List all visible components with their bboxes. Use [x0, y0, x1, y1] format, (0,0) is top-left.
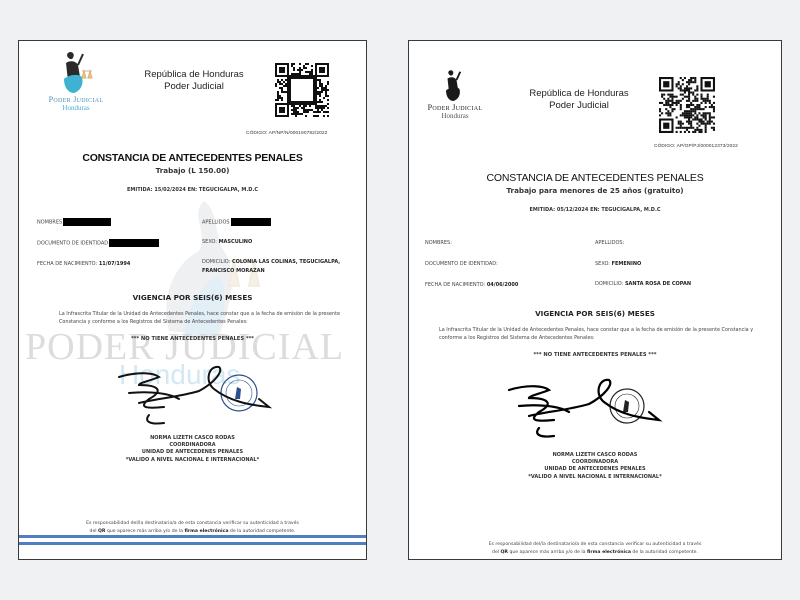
- disclaimer-text: que aparece más arriba y/o de la: [105, 529, 184, 534]
- sexo-label: SEXO:: [595, 261, 610, 267]
- document-subtitle: Trabajo para menores de 25 años (gratuit…: [409, 186, 781, 195]
- disclaimer-text: que aparece más arriba y/o de la: [508, 550, 587, 555]
- disclaimer-signature: firma electrónica: [587, 550, 631, 555]
- signer-validity-note: *VALIDO A NIVEL NACIONAL E INTERNACIONAL…: [19, 457, 366, 464]
- sexo-label: SEXO:: [202, 239, 217, 245]
- apellidos-label: APELLIDOS:: [595, 240, 624, 246]
- field-apellidos: APELLIDOS: [202, 218, 271, 226]
- field-domicilio: DOMICILIO: COLONIA LAS COLINAS, TEGUCIGA…: [202, 258, 340, 276]
- signer-role: COORDINADORA: [409, 459, 781, 466]
- signer-validity-note: *VALIDO A NIVEL NACIONAL E INTERNACIONAL…: [409, 474, 781, 481]
- header-institution: Poder Judicial: [129, 81, 259, 93]
- disclaimer-text: de la autoridad competente.: [228, 529, 295, 534]
- authenticity-disclaimer: Es responsabilidad del/la destinatario/a…: [19, 520, 366, 536]
- disclaimer-line-1: Es responsabilidad del/la destinatario/a…: [19, 520, 366, 528]
- domicilio-value-1: SANTA ROSA DE COPAN: [625, 281, 691, 287]
- disclaimer-text: del: [90, 529, 98, 534]
- field-nacimiento: FECHA DE NACIMIENTO: 04/06/2000: [425, 282, 518, 288]
- redaction-bar: [109, 239, 159, 247]
- certificate-document-2: Poder Judicial Honduras República de Hon…: [408, 40, 782, 560]
- footer-stripe: [19, 535, 366, 538]
- logo-name: Poder Judicial: [41, 95, 111, 104]
- certification-paragraph: La Infrascrita Titular de la Unidad de A…: [439, 327, 759, 342]
- nacimiento-label: FECHA DE NACIMIENTO:: [425, 282, 485, 288]
- header-block: República de Honduras Poder Judicial: [519, 88, 639, 112]
- result-statement: *** NO TIENE ANTECEDENTES PENALES ***: [409, 352, 781, 358]
- lady-justice-icon: [56, 51, 96, 95]
- header-block: República de Honduras Poder Judicial: [129, 69, 259, 93]
- footer-stripe: [19, 542, 366, 545]
- logo-country: Honduras: [41, 104, 111, 112]
- signer-unit: UNIDAD DE ANTECEDENES PENALES: [19, 449, 366, 456]
- field-apellidos: APELLIDOS:: [595, 240, 624, 246]
- disclaimer-line-2: del QR que aparece más arriba y/o de la …: [409, 549, 781, 557]
- apellidos-label: APELLIDOS: [202, 220, 230, 226]
- redaction-bar: [63, 218, 111, 226]
- certificate-document-1: PODER JUDICIAL Honduras Poder Judicial H…: [18, 40, 367, 560]
- field-sexo: SEXO: MASCULINO: [202, 239, 252, 245]
- signature-with-seal-icon: [499, 376, 669, 448]
- field-documento: DOCUMENTO DE IDENTIDAD:: [425, 261, 498, 267]
- document-title: CONSTANCIA DE ANTECEDENTES PENALES: [19, 152, 366, 164]
- documento-label: DOCUMENTO DE IDENTIDAD: [37, 241, 108, 247]
- field-domicilio: DOMICILIO: SANTA ROSA DE COPAN: [595, 281, 691, 287]
- signer-block: NORMA LIZETH CASCO RODAS COORDINADORA UN…: [19, 435, 366, 464]
- domicilio-label: DOMICILIO:: [202, 259, 230, 265]
- signer-role: COORDINADORA: [19, 442, 366, 449]
- signature-with-seal-icon: [109, 363, 279, 433]
- nacimiento-label: FECHA DE NACIMIENTO:: [37, 261, 97, 267]
- qr-code[interactable]: [659, 77, 715, 133]
- qr-code[interactable]: [275, 63, 329, 117]
- lady-justice-icon: [440, 69, 470, 103]
- field-sexo: SEXO: FEMENINO: [595, 261, 641, 267]
- disclaimer-text: de la autoridad competente.: [631, 550, 698, 555]
- issue-info: EMITIDA: 05/12/2024 EN: TEGUCIGALPA, M.D…: [409, 207, 781, 213]
- domicilio-label: DOMICILIO:: [595, 281, 623, 287]
- header-institution: Poder Judicial: [519, 100, 639, 112]
- result-statement: *** NO TIENE ANTECEDENTES PENALES ***: [19, 336, 366, 342]
- nacimiento-value: 11/07/1994: [99, 261, 130, 267]
- poder-judicial-logo: Poder Judicial Honduras: [41, 51, 111, 112]
- sexo-value: FEMENINO: [612, 261, 642, 267]
- disclaimer-text: del: [492, 550, 500, 555]
- authenticity-disclaimer: Es responsabilidad del/la destinatario/a…: [409, 541, 781, 557]
- signer-unit: UNIDAD DE ANTECEDENES PENALES: [409, 466, 781, 473]
- field-nombres: NOMBRES:: [425, 240, 452, 246]
- document-title: CONSTANCIA DE ANTECEDENTES PENALES: [409, 172, 781, 184]
- validity-heading: VIGENCIA POR SEIS(6) MESES: [19, 293, 366, 302]
- header-country: República de Honduras: [519, 88, 639, 100]
- document-code: CÓDIGO: AP/OP/PJ/000012373/2022: [654, 144, 738, 149]
- logo-name: Poder Judicial: [425, 103, 485, 112]
- disclaimer-signature: firma electrónica: [184, 529, 228, 534]
- nacimiento-value: 04/06/2000: [487, 282, 518, 288]
- document-code: CÓDIGO: AP/NP/N/000190782/2022: [246, 131, 327, 136]
- validity-heading: VIGENCIA POR SEIS(6) MESES: [409, 309, 781, 318]
- domicilio-value-2: FRANCISCO MORAZAN: [202, 268, 265, 274]
- issue-info: EMITIDA: 15/02/2024 EN: TEGUCIGALPA, M.D…: [19, 187, 366, 193]
- header-country: República de Honduras: [129, 69, 259, 81]
- signer-name: NORMA LIZETH CASCO RODAS: [409, 452, 781, 459]
- sexo-value: MASCULINO: [219, 239, 253, 245]
- document-subtitle: Trabajo (L 150.00): [19, 166, 366, 175]
- field-nacimiento: FECHA DE NACIMIENTO: 11/07/1994: [37, 261, 130, 267]
- field-documento: DOCUMENTO DE IDENTIDAD: [37, 239, 159, 247]
- logo-country: Honduras: [425, 112, 485, 120]
- nombres-label: NOMBRES:: [425, 240, 452, 246]
- poder-judicial-logo: Poder Judicial Honduras: [425, 69, 485, 120]
- redaction-bar: [231, 218, 271, 226]
- signer-name: NORMA LIZETH CASCO RODAS: [19, 435, 366, 442]
- documento-label: DOCUMENTO DE IDENTIDAD:: [425, 261, 498, 267]
- certification-paragraph: La Infrascrita Titular de la Unidad de A…: [59, 311, 349, 326]
- disclaimer-line-1: Es responsabilidad del/la destinatario/a…: [409, 541, 781, 549]
- field-nombres: NOMBRES: [37, 218, 111, 226]
- disclaimer-qr: QR: [501, 550, 508, 555]
- signer-block: NORMA LIZETH CASCO RODAS COORDINADORA UN…: [409, 452, 781, 481]
- nombres-label: NOMBRES: [37, 220, 62, 226]
- domicilio-value-1: COLONIA LAS COLINAS, TEGUCIGALPA,: [232, 259, 340, 265]
